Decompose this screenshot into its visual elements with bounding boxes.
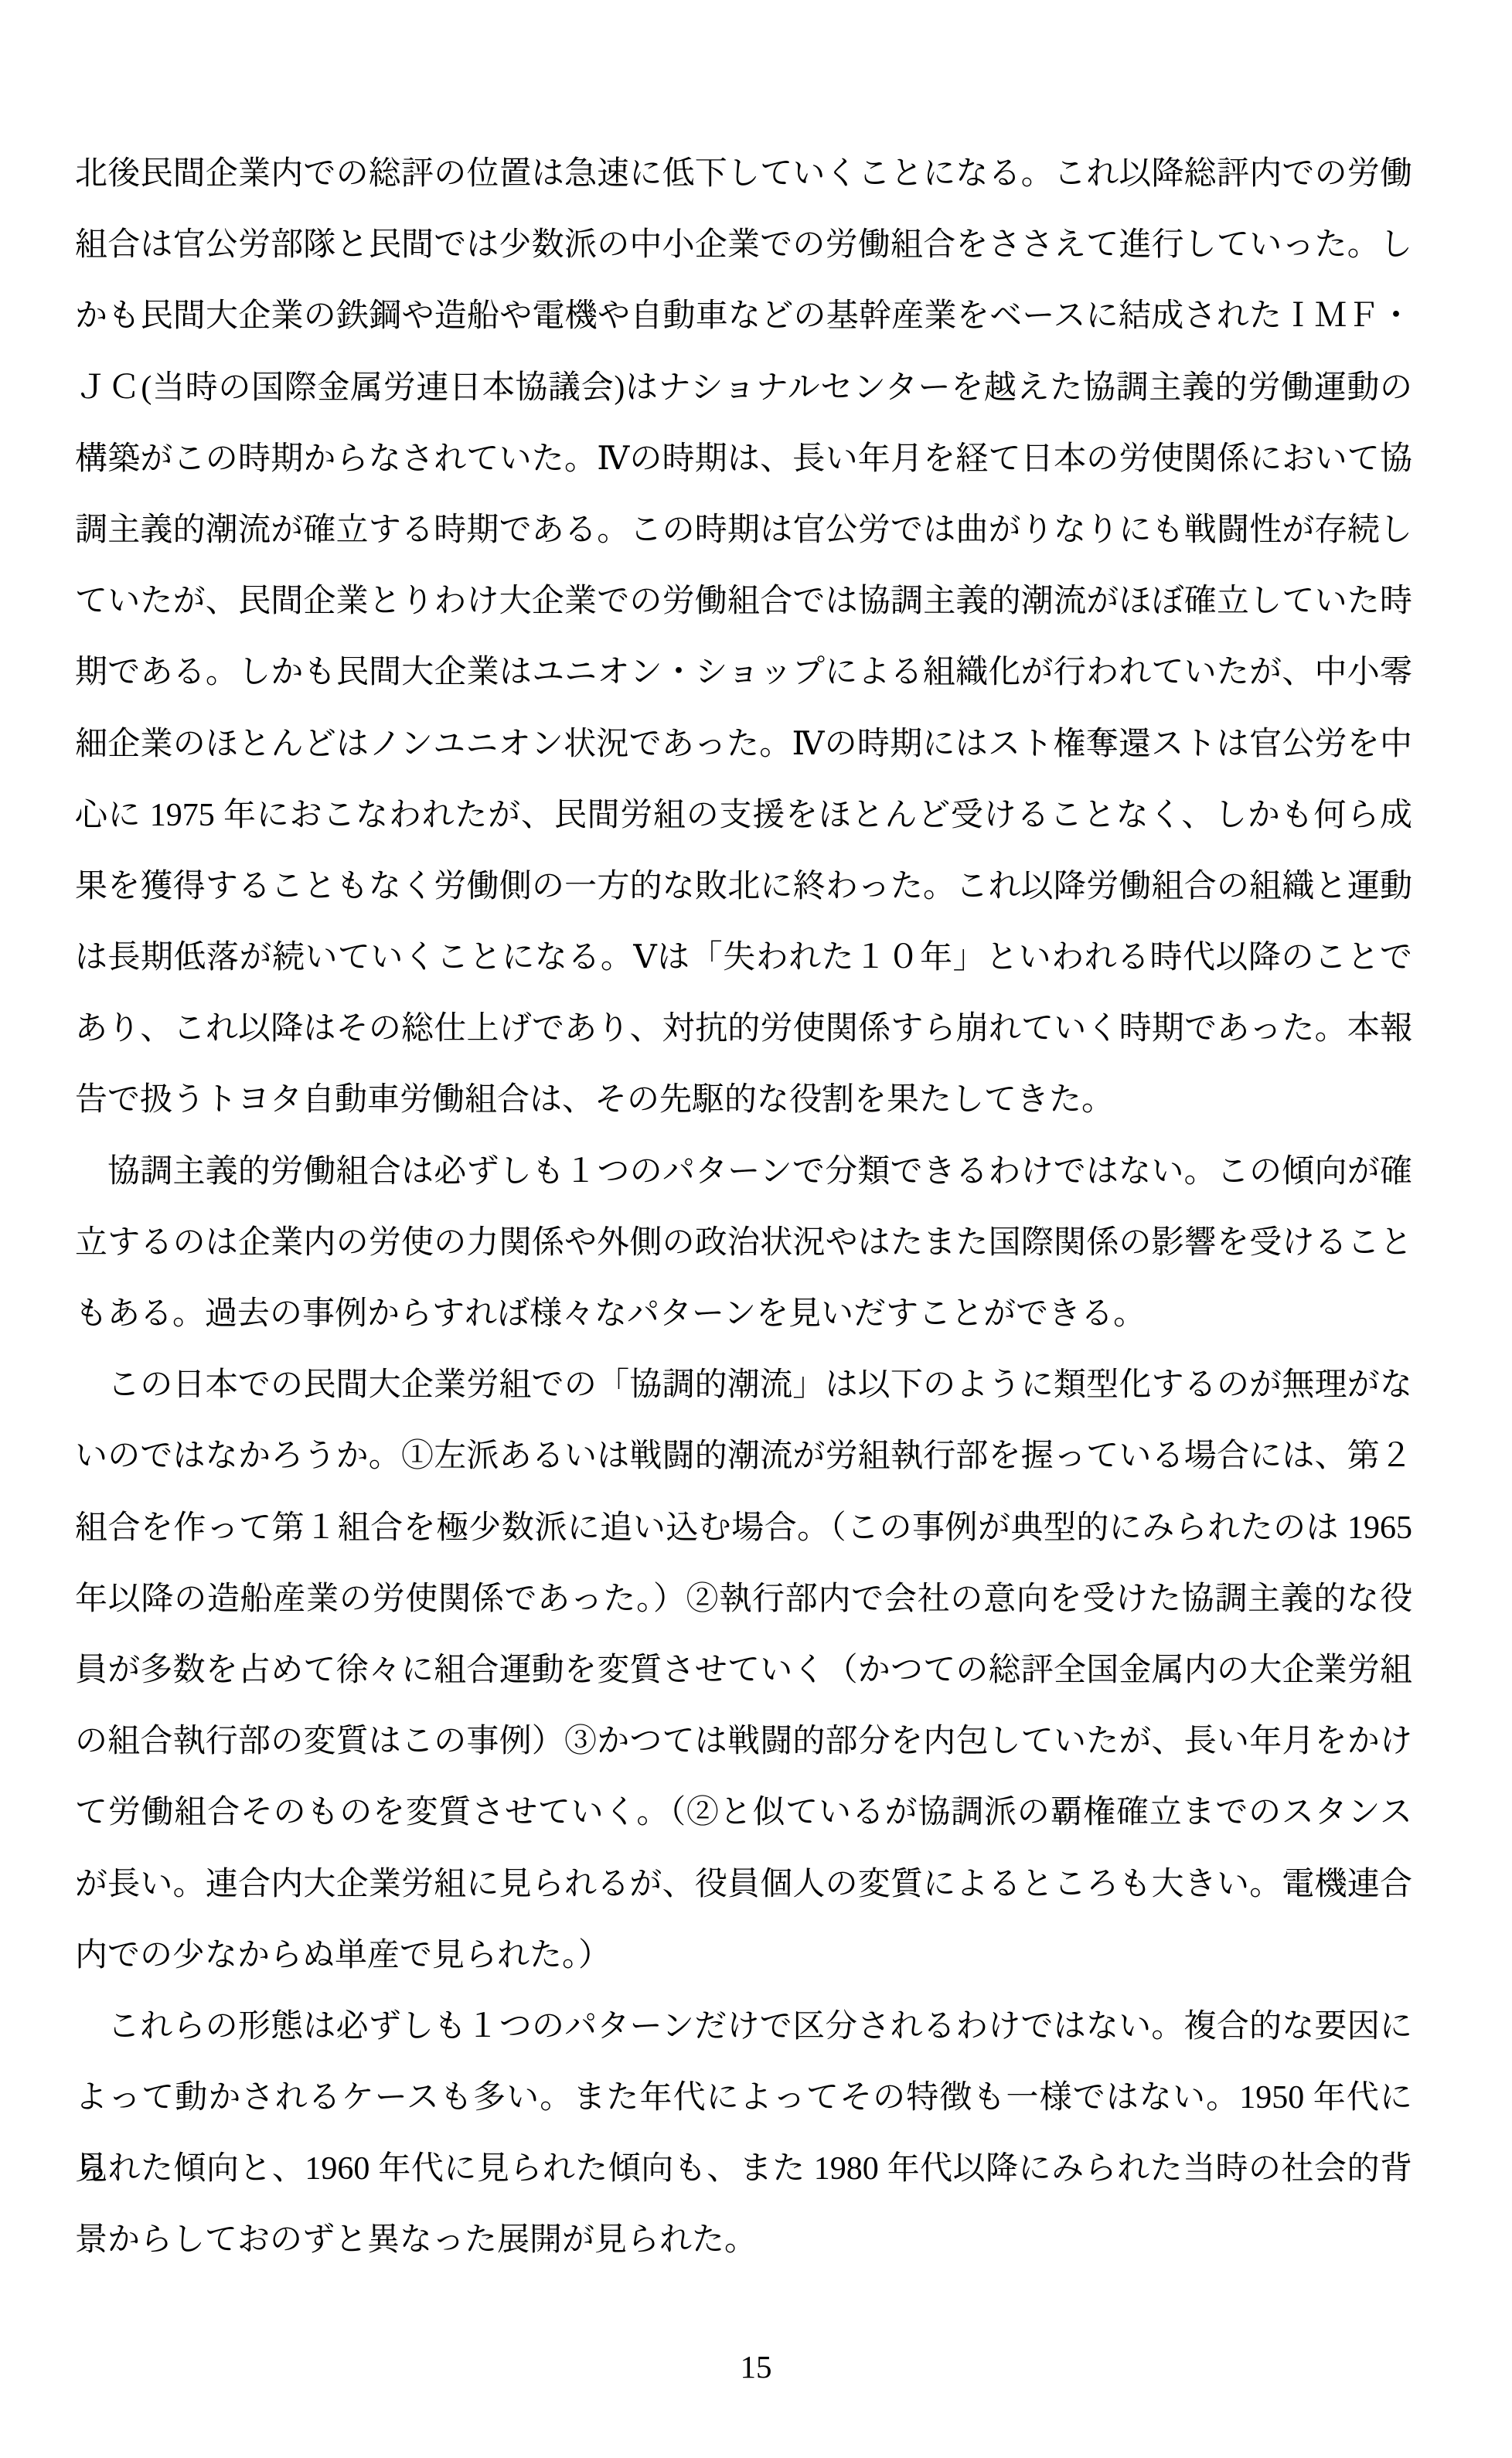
text-line: 員が多数を占めて徐々に組合運動を変質させていく（かつての総評全国金属内の大企業労…: [75, 1635, 1412, 1706]
text-line: この日本での民間大企業労組での「協調的潮流」は以下のように類型化するのが無理がな: [75, 1350, 1412, 1421]
text-line: 調主義的潮流が確立する時期である。この時期は官公労では曲がりなりにも戦闘性が存続…: [75, 495, 1412, 566]
text-line: かも民間大企業の鉄鋼や造船や電機や自動車などの基幹産業をベースに結成されたＩＭＦ…: [75, 281, 1412, 352]
text-line: 景からしておのずと異なった展開が見られた。: [75, 2204, 1412, 2276]
text-line: 細企業のほとんどはノンユニオン状況であった。Ⅳの時期にはスト権奪還ストは官公労を…: [75, 709, 1412, 780]
text-line: 内での少なからぬ単産で見られた。）: [75, 1920, 1412, 1991]
text-line: ていたが、民間企業とりわけ大企業での労働組合では協調主義的潮流がほぼ確立していた…: [75, 566, 1412, 637]
text-line: 心に 1975 年におこなわれたが、民間労組の支援をほとんど受けることなく、しか…: [75, 780, 1412, 851]
page-body-text: 北後民間企業内での総評の位置は急速に低下していくことになる。これ以降総評内での労…: [75, 138, 1412, 2276]
document-page: { "page": { "number": "15", "background_…: [0, 0, 1512, 2458]
text-line: 構築がこの時期からなされていた。Ⅳの時期は、長い年月を経て日本の労使関係において…: [75, 424, 1412, 495]
text-line: もある。過去の事例からすれば様々なパターンを見いだすことができる。: [75, 1278, 1412, 1350]
text-line: 告で扱うトヨタ自動車労働組合は、その先駆的な役割を果たしてきた。: [75, 1064, 1412, 1135]
text-line: 果を獲得することもなく労働側の一方的な敗北に終わった。これ以降労働組合の組織と運…: [75, 851, 1412, 922]
text-line: これらの形態は必ずしも１つのパターンだけで区分されるわけではない。複合的な要因に: [75, 1991, 1412, 2062]
text-line: 北後民間企業内での総評の位置は急速に低下していくことになる。これ以降総評内での労…: [75, 138, 1412, 209]
text-line: は長期低落が続いていくことになる。Ⅴは「失われた１０年」といわれる時代以降のこと…: [75, 922, 1412, 993]
page-number: 15: [0, 2348, 1512, 2385]
text-line: て労働組合そのものを変質させていく。（②と似ているが協調派の覇権確立までのスタン…: [75, 1777, 1412, 1848]
text-line: の組合執行部の変質はこの事例）③かつては戦闘的部分を内包していたが、長い年月をか…: [75, 1706, 1412, 1777]
text-line: よって動かされるケースも多い。また年代によってその特徴も一様ではない。1950 …: [75, 2062, 1412, 2133]
text-line: 組合を作って第１組合を極少数派に追い込む場合。（この事例が典型的にみられたのは …: [75, 1493, 1412, 1564]
text-line: 協調主義的労働組合は必ずしも１つのパターンで分類できるわけではない。この傾向が確: [75, 1136, 1412, 1207]
text-line: られた傾向と、1960 年代に見られた傾向も、また 1980 年代以降にみられた…: [75, 2133, 1412, 2204]
text-line: 組合は官公労部隊と民間では少数派の中小企業での労働組合をささえて進行していった。…: [75, 209, 1412, 281]
text-line: 期である。しかも民間大企業はユニオン・ショップによる組織化が行われていたが、中小…: [75, 637, 1412, 708]
text-line: ＪＣ(当時の国際金属労連日本協議会)はナショナルセンターを越えた協調主義的労働運…: [75, 352, 1412, 424]
text-line: 年以降の造船産業の労使関係であった。）②執行部内で会社の意向を受けた協調主義的な…: [75, 1564, 1412, 1635]
text-line: 立するのは企業内の労使の力関係や外側の政治状況やはたまた国際関係の影響を受けるこ…: [75, 1207, 1412, 1278]
text-line: あり、これ以降はその総仕上げであり、対抗的労使関係すら崩れていく時期であった。本…: [75, 993, 1412, 1064]
text-line: いのではなかろうか。①左派あるいは戦闘的潮流が労組執行部を握っている場合には、第…: [75, 1421, 1412, 1492]
text-line: が長い。連合内大企業労組に見られるが、役員個人の変質によるところも大きい。電機連…: [75, 1849, 1412, 1920]
